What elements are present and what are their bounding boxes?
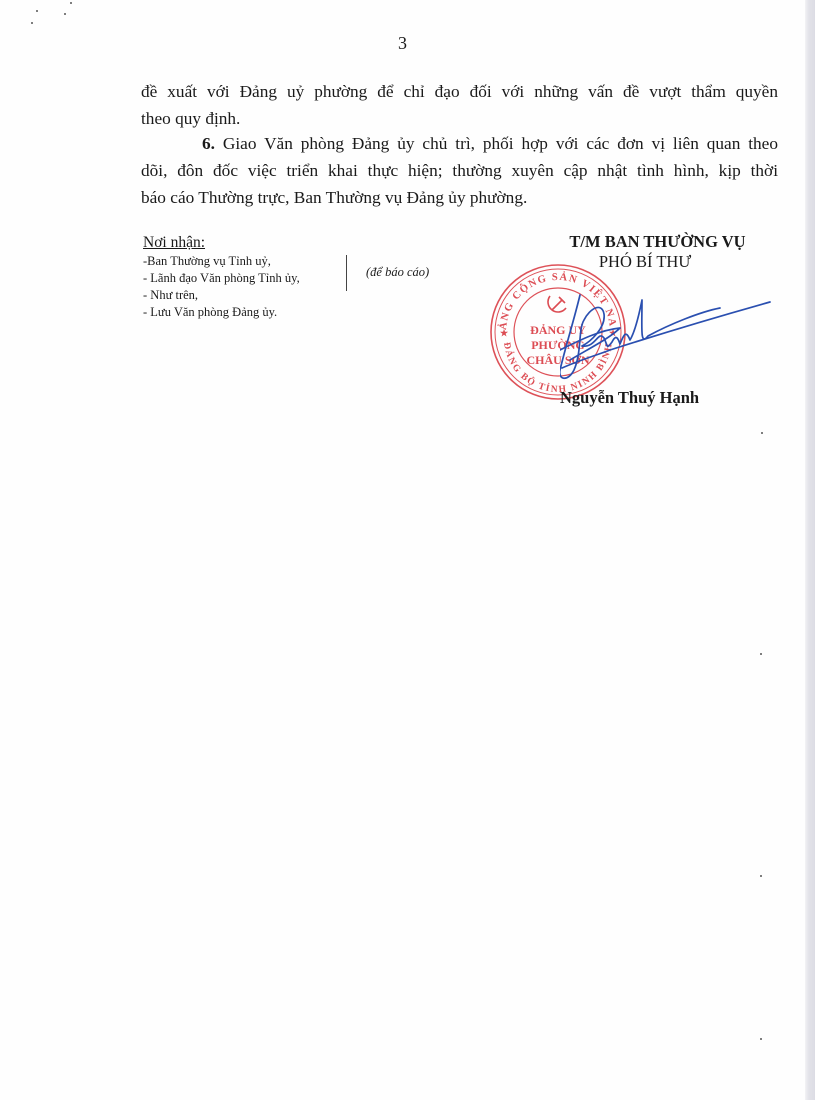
text-line: 6. Giao Văn phòng Đảng ủy chủ trì, phối … bbox=[141, 130, 778, 157]
recipients-list: Nơi nhận: -Ban Thường vụ Tỉnh uỷ, - Lãnh… bbox=[143, 234, 300, 321]
recipients-brace bbox=[346, 255, 347, 291]
text-line: đề xuất với Đảng uỷ phường để chỉ đạo đố… bbox=[141, 78, 778, 105]
report-note: (để báo cáo) bbox=[366, 265, 429, 280]
page-number: 3 bbox=[0, 33, 805, 54]
recipient-item: - Lãnh đạo Văn phòng Tỉnh ủy, bbox=[143, 270, 300, 287]
text-line: dõi, đôn đốc việc triển khai thực hiện; … bbox=[141, 157, 778, 184]
scan-speck bbox=[31, 22, 33, 24]
recipient-item: -Ban Thường vụ Tỉnh uỷ, bbox=[143, 253, 300, 270]
text-line: báo cáo Thường trực, Ban Thường vụ Đảng … bbox=[141, 184, 778, 211]
scan-speck bbox=[36, 10, 38, 12]
scan-speck bbox=[760, 1038, 762, 1040]
paragraph-6: 6. Giao Văn phòng Đảng ủy chủ trì, phối … bbox=[141, 130, 778, 211]
scan-speck bbox=[70, 2, 72, 4]
recipients-title: Nơi nhận: bbox=[143, 234, 300, 252]
text-segment: Giao Văn phòng Đảng ủy chủ trì, phối hợp… bbox=[223, 134, 778, 153]
paragraph-continued: đề xuất với Đảng uỷ phường để chỉ đạo đố… bbox=[141, 78, 778, 132]
scan-speck bbox=[761, 432, 763, 434]
text-line: theo quy định. bbox=[141, 105, 778, 132]
stamp-star-left: ★ bbox=[500, 328, 509, 338]
page-edge-shadow bbox=[805, 0, 815, 1100]
item-number: 6. bbox=[202, 134, 215, 153]
recipient-item: - Như trên, bbox=[143, 287, 300, 304]
scan-speck bbox=[64, 13, 66, 15]
signer-name: Nguyễn Thuý Hạnh bbox=[560, 388, 699, 408]
on-behalf-title: T/M BAN THƯỜNG VỤ bbox=[525, 232, 790, 252]
scan-speck bbox=[760, 875, 762, 877]
recipient-item: - Lưu Văn phòng Đảng ủy. bbox=[143, 304, 300, 321]
handwritten-signature bbox=[560, 290, 780, 390]
scan-speck bbox=[760, 653, 762, 655]
